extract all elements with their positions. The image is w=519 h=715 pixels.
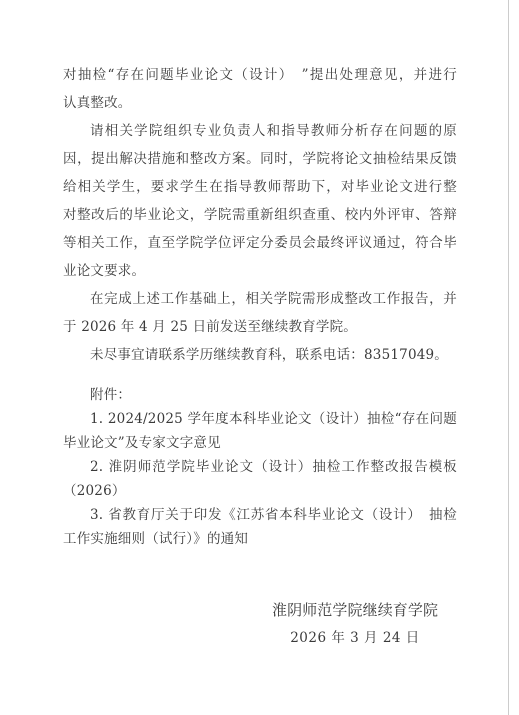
attachment-line: （2026）: [63, 479, 457, 503]
attachment-line: 1. 2024/2025 学年度本科毕业论文（设计）抽检“存在问题: [63, 407, 457, 431]
body-line: 等相关工作，直至学院学位评定分委员会最终评议通过，符合毕: [63, 229, 457, 257]
signature-block: 淮阴师范学院继续育学院 2026 年 3 月 24 日: [272, 596, 438, 652]
body-line: 业论文要求。: [63, 257, 457, 285]
body-line: 于 2026 年 4 月 25 日前发送至继续教育学院。: [63, 313, 457, 341]
attachment-line: 2. 淮阴师范学院毕业论文（设计）抽检工作整改报告模板: [63, 455, 457, 479]
attachments-label: 附件：: [63, 383, 457, 407]
attachment-line: 毕业论文”及专家文字意见: [63, 431, 457, 455]
body-line: 未尽事宜请联系学历继续教育科，联系电话：83517049。: [63, 341, 457, 369]
body-line: 请相关学院组织专业负责人和指导教师分析存在问题的原: [63, 117, 457, 145]
page-edge-line: [508, 0, 509, 715]
body-line: 给相关学生，要求学生在指导教师帮助下，对毕业论文进行整改。: [63, 173, 457, 201]
body-line: 认真整改。: [63, 89, 457, 117]
body-line: 对整改后的毕业论文，学院需重新组织查重、校内外评审、答辩: [63, 201, 457, 229]
signature-date: 2026 年 3 月 24 日: [272, 624, 438, 652]
signature-org: 淮阴师范学院继续育学院: [272, 596, 438, 624]
attachment-line: 3. 省教育厅关于印发《江苏省本科毕业论文（设计） 抽检: [63, 503, 457, 527]
document-page: 对抽检“存在问题毕业论文（设计） ”提出处理意见，并进行 认真整改。 请相关学院…: [0, 0, 519, 715]
body-line: 在完成上述工作基础上，相关学院需形成整改工作报告，并: [63, 285, 457, 313]
body-line: 因，提出解决措施和整改方案。同时，学院将论文抽检结果反馈: [63, 145, 457, 173]
body-paragraphs: 对抽检“存在问题毕业论文（设计） ”提出处理意见，并进行 认真整改。 请相关学院…: [63, 61, 457, 369]
attachments-section: 附件： 1. 2024/2025 学年度本科毕业论文（设计）抽检“存在问题 毕业…: [63, 383, 457, 551]
attachment-line: 工作实施细则（试行）》的通知: [63, 527, 457, 551]
body-line: 对抽检“存在问题毕业论文（设计） ”提出处理意见，并进行: [63, 61, 457, 89]
document-content: 对抽检“存在问题毕业论文（设计） ”提出处理意见，并进行 认真整改。 请相关学院…: [63, 61, 457, 551]
